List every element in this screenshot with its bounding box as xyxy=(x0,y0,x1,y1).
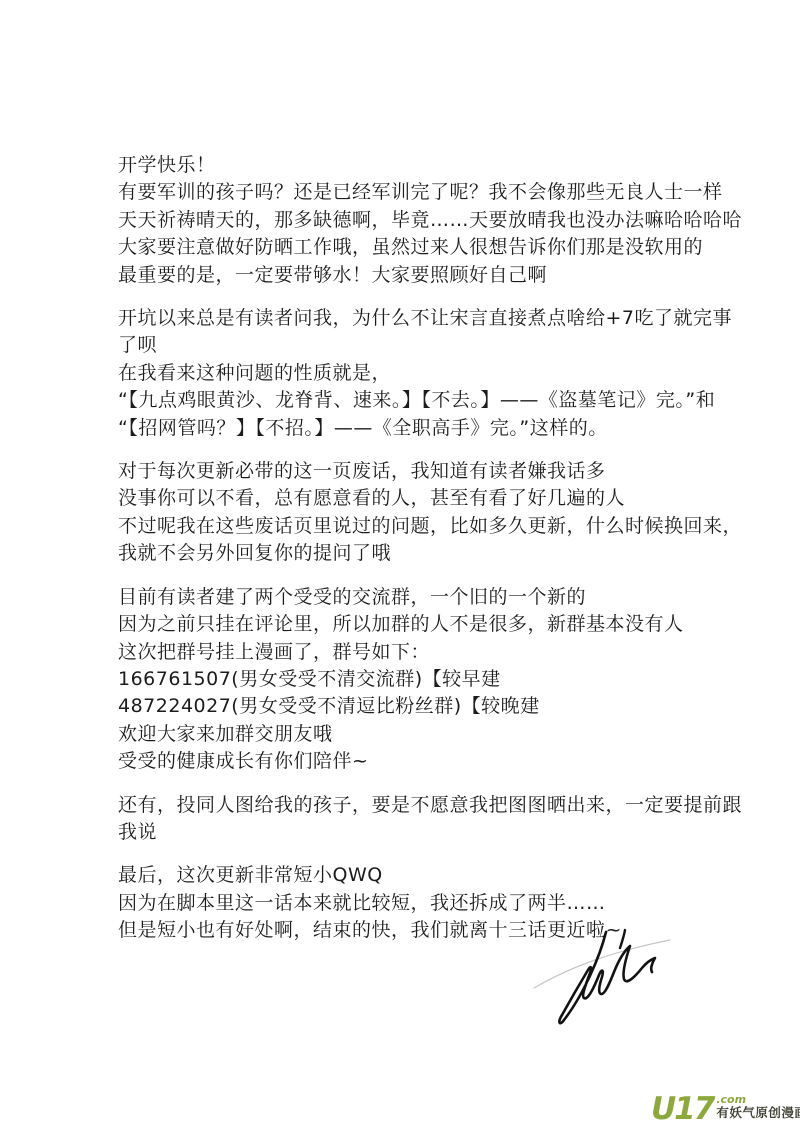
text-line: 目前有读者建了两个受受的交流群，一个旧的一个新的 xyxy=(118,584,728,611)
author-signature xyxy=(520,922,690,1042)
text-line: 487224027(男女受受不清逗比粉丝群)【较晚建 xyxy=(118,693,728,720)
u17-logo-right: .com 有妖气原创漫画 xyxy=(716,1094,800,1120)
text-line: 对于每次更新必带的这一页废话，我知道有读者嫌我话多 xyxy=(118,458,728,485)
text-line: 了呗 xyxy=(118,332,728,359)
text-line: 大家要注意做好防晒工作哦，虽然过来人很想告诉你们那是没软用的 xyxy=(118,234,728,261)
paragraph: 还有，投同人图给我的孩子，要是不愿意我把图图晒出来，一定要提前跟我说 xyxy=(118,792,728,847)
u17-logo-slogan: 有妖气原创漫画 xyxy=(716,1105,800,1120)
u17-logo-tld: .com xyxy=(716,1094,800,1105)
paragraph: 开学快乐！有要军训的孩子吗？还是已经军训完了呢？我不会像那些无良人士一样天天祈祷… xyxy=(118,152,728,289)
text-line: 开学快乐！ xyxy=(118,152,728,179)
text-line: 开坑以来总是有读者问我，为什么不让宋言直接煮点啥给+7吃了就完事 xyxy=(118,305,728,332)
u17-logo-brand: U17 xyxy=(651,1094,713,1124)
text-line: “【九点鸡眼黄沙、龙脊背、速来。】【不去。】——《盗墓笔记》完。”和 xyxy=(118,387,728,414)
text-line: 天天祈祷晴天的，那多缺德啊，毕竟……天要放晴我也没办法嘛哈哈哈哈 xyxy=(118,207,728,234)
text-line: 欢迎大家来加群交朋友哦 xyxy=(118,721,728,748)
paragraph: 开坑以来总是有读者问我，为什么不让宋言直接煮点啥给+7吃了就完事了呗在我看来这种… xyxy=(118,305,728,442)
signature-icon xyxy=(520,922,690,1042)
paragraph: 目前有读者建了两个受受的交流群，一个旧的一个新的因为之前只挂在评论里，所以加群的… xyxy=(118,584,728,776)
note-text: 开学快乐！有要军训的孩子吗？还是已经军训完了呢？我不会像那些无良人士一样天天祈祷… xyxy=(118,152,728,961)
text-line: 受受的健康成长有你们陪伴~ xyxy=(118,748,728,775)
text-line: 有要军训的孩子吗？还是已经军训完了呢？我不会像那些无良人士一样 xyxy=(118,179,728,206)
text-line: 我说 xyxy=(118,819,728,846)
text-line: 不过呢我在这些废话页里说过的问题，比如多久更新，什么时候换回来， xyxy=(118,513,728,540)
text-line: 没事你可以不看，总有愿意看的人，甚至有看了好几遍的人 xyxy=(118,485,728,512)
text-line: 166761507(男女受受不清交流群)【较早建 xyxy=(118,666,728,693)
text-line: 因为之前只挂在评论里，所以加群的人不是很多，新群基本没有人 xyxy=(118,611,728,638)
text-line: 因为在脚本里这一话本来就比较短，我还拆成了两半…… xyxy=(118,890,728,917)
text-line: 最重要的是，一定要带够水！大家要照顾好自己啊 xyxy=(118,262,728,289)
paragraph: 对于每次更新必带的这一页废话，我知道有读者嫌我话多没事你可以不看，总有愿意看的人… xyxy=(118,458,728,568)
u17-logo: U17 .com 有妖气原创漫画 xyxy=(651,1094,800,1124)
text-line: 我就不会另外回复你的提问了哦 xyxy=(118,540,728,567)
comic-afterword-page: 开学快乐！有要军训的孩子吗？还是已经军训完了呢？我不会像那些无良人士一样天天祈祷… xyxy=(0,0,800,1131)
text-line: 最后，这次更新非常短小QWQ xyxy=(118,862,728,889)
text-line: 还有，投同人图给我的孩子，要是不愿意我把图图晒出来，一定要提前跟 xyxy=(118,792,728,819)
text-line: 在我看来这种问题的性质就是， xyxy=(118,360,728,387)
text-line: 这次把群号挂上漫画了，群号如下： xyxy=(118,639,728,666)
text-line: “【招网管吗？】【不招。】——《全职高手》完。”这样的。 xyxy=(118,415,728,442)
